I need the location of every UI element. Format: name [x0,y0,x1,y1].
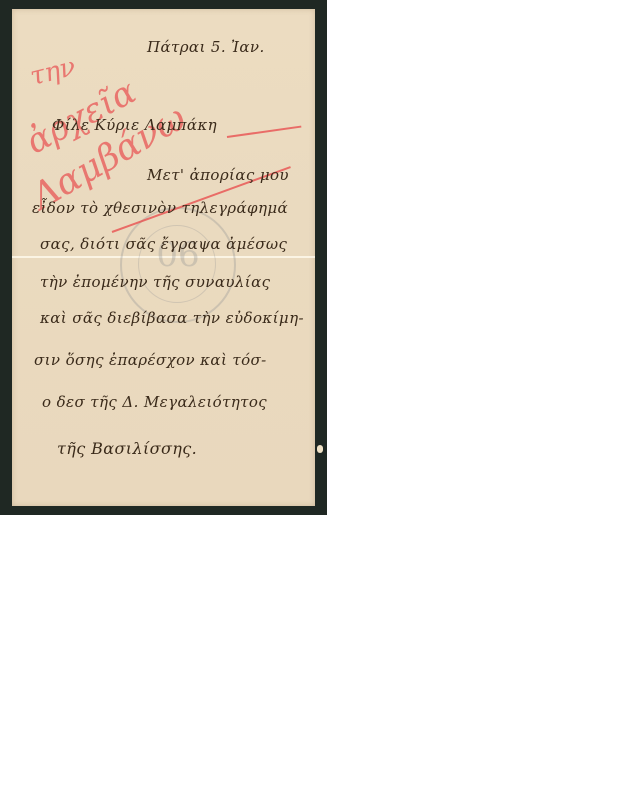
archive-stamp: 06 [120,207,236,323]
body-line-6: σιν ὅσης ἐπαρέσχον καὶ τόσ- [34,351,267,369]
letter-paper: 06 την ἀρχεῖα Λαμβάνω Πάτραι 5. Ἰαν. Φίλ… [12,9,315,506]
place-date: Πάτραι 5. Ἰαν. [147,38,265,56]
body-line-1: Μετ' ἀπορίας μου [147,166,289,184]
salutation: Φίλε Κύριε Λαμπάκη [52,116,217,134]
scanned-letter-frame: 06 την ἀρχεῖα Λαμβάνω Πάτραι 5. Ἰαν. Φίλ… [0,0,327,515]
red-underline-salutation [227,126,302,138]
body-line-3: σας, διότι σᾶς ἔγραψα ἀμέσως [40,235,287,253]
body-line-2: εἶδον τὸ χθεσινὸν τηλεγράφημά [32,199,288,217]
body-line-8: τῆς Βασιλίσσης. [57,439,197,458]
body-line-4: τὴν ἐπομένην τῆς συναυλίας [40,273,270,291]
paper-edge-tear [317,445,323,453]
body-line-7: ο δεσ τῆς Δ. Μεγαλειότητος [42,393,267,411]
body-line-5: καὶ σᾶς διεβίβασα τὴν εὐδοκίμη- [40,309,304,327]
red-annotation-1: την [27,52,79,92]
